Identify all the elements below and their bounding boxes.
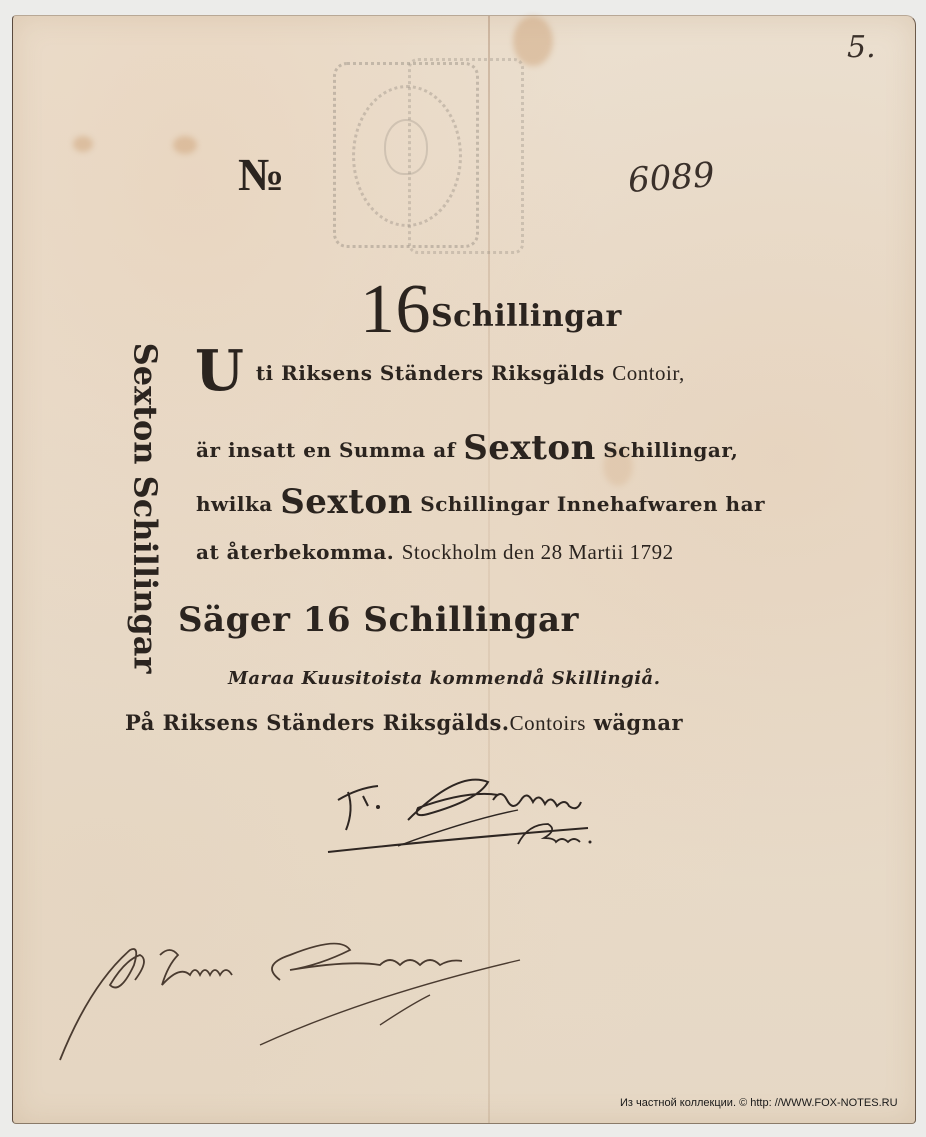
drop-cap: U bbox=[195, 338, 244, 404]
body-line-2: är insatt en Summa af Sexton Schillingar… bbox=[196, 428, 738, 468]
handwritten-corner-mark: 5. bbox=[847, 30, 876, 65]
pa-line-roman: Contoirs bbox=[510, 711, 586, 735]
signature-rejmers: F. Rejmers bbox=[318, 760, 628, 870]
embossed-seal-frame bbox=[408, 58, 524, 254]
handwritten-serial-number: 6089 bbox=[627, 155, 716, 201]
body-line-3: hwilka Sexton Schillingar Innehafwaren h… bbox=[196, 482, 765, 522]
body-line-4: at återbekomma. Stockholm den 28 Martii … bbox=[196, 540, 674, 565]
line1-text: ti Riksens Ständers Riksgälds bbox=[256, 361, 605, 385]
numero-sign: № bbox=[238, 149, 284, 200]
line2-pre: är insatt en Summa af bbox=[196, 438, 456, 462]
number-label: № bbox=[238, 148, 284, 201]
paper-stain bbox=[73, 136, 93, 152]
line1-roman: Contoir, bbox=[612, 361, 685, 385]
denomination-numeral: 16 bbox=[360, 271, 431, 348]
line2-post: Schillingar, bbox=[603, 438, 738, 462]
line3-sexton: Sexton bbox=[280, 482, 413, 522]
paper-stain bbox=[173, 136, 197, 154]
place-and-date: Stockholm den 28 Martii 1792 bbox=[402, 540, 674, 564]
denomination-word: Schillingar bbox=[431, 299, 622, 334]
line3-post: Schillingar Innehafwaren har bbox=[420, 492, 765, 516]
vertical-side-text: Sexton Schillingar bbox=[105, 338, 185, 678]
finnish-line: Maraa Kuusitoista kommendå Skillingiå. bbox=[228, 668, 660, 689]
vertical-sexton-schillingar: Sexton Schillingar bbox=[126, 343, 164, 674]
line3-pre: hwilka bbox=[196, 492, 273, 516]
pa-line-blackletter: På Riksens Ständers Riksgälds. bbox=[125, 710, 510, 735]
pa-riksens-line: På Riksens Ständers Riksgälds.Contoirs w… bbox=[125, 710, 683, 736]
body-line-1: U ti Riksens Ständers Riksgälds Contoir, bbox=[195, 338, 685, 404]
line2-sexton: Sexton bbox=[463, 428, 596, 468]
collection-credit: Из частной коллекции. © http: //WWW.FOX-… bbox=[620, 1097, 898, 1109]
signature-bottom-left: p. Baer Olsenger bbox=[50, 925, 540, 1075]
line4-blackletter: at återbekomma. bbox=[196, 540, 394, 564]
pa-line-end: wägnar bbox=[594, 710, 683, 735]
sager-line: Säger 16 Schillingar bbox=[178, 600, 579, 640]
